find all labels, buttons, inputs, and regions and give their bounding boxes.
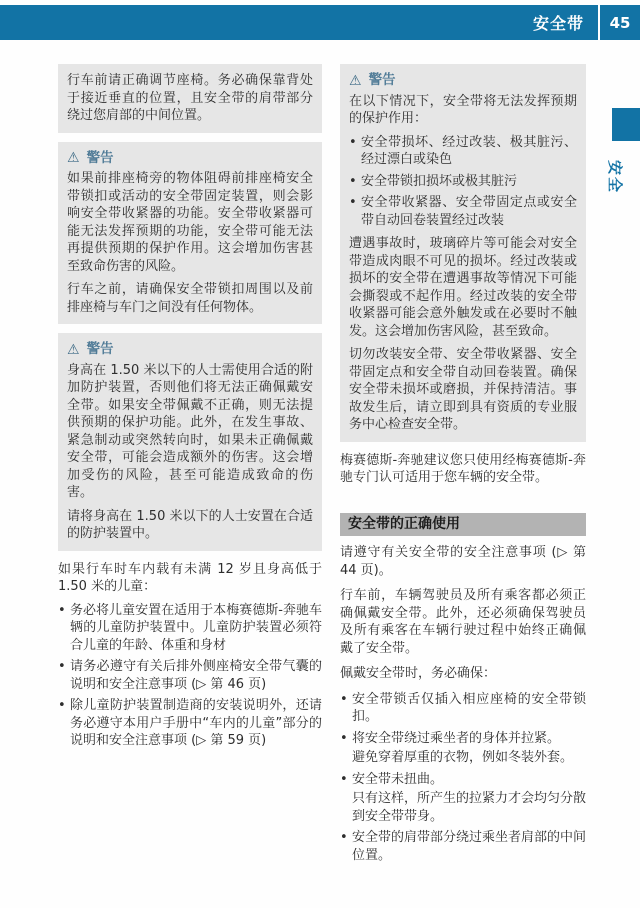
warning-box-2-header: ⚠ 警告 [67,341,313,359]
list-item: 安全带未扭曲。 只有这样，所产生的拉紧力才会均匀分散到安全带带身。 [340,771,586,826]
section-paragraph: 行车前，车辆驾驶员及所有乘客都必须正确佩戴安全带。此外，还必须确保驾驶员及所有乘… [340,587,586,657]
warning-box-1: ⚠ 警告 如果前排座椅旁的物体阻碍前排座椅安全带锁扣或活动的安全带固定装置，则会… [58,142,322,325]
manual-page: 安全带 45 安全 行车前请正确调节座椅。务必确保靠背处于接近垂直的位置，且安全… [0,0,640,908]
section-paragraph: 请遵守有关安全带的安全注意事项 (▷ 第 44 页)。 [340,544,586,579]
section-paragraph: 佩戴安全带时，务必确保： [340,665,586,683]
list-item: 安全带锁舌仅插入相应座椅的安全带锁扣。 [340,691,586,726]
note-continuation-box: 行车前请正确调节座椅。务必确保靠背处于接近垂直的位置，且安全带的肩带部分绕过您肩… [58,64,322,133]
section-body: 请遵守有关安全带的安全注意事项 (▷ 第 44 页)。 行车前，车辆驾驶员及所有… [340,544,586,864]
list-item: 安全带的肩带部分绕过乘坐者肩部的中间位置。 [340,829,586,864]
chapter-tab-marker [612,108,640,141]
recommendation-paragraph: 梅赛德斯-奔驰建议您只使用经梅赛德斯-奔驰专门认可适用于您车辆的安全带。 [340,452,586,487]
warning-title: 警告 [369,72,396,90]
left-column: 行车前请正确调节座椅。务必确保靠背处于接近垂直的位置，且安全带的肩带部分绕过您肩… [58,64,322,754]
warning-box-2: ⚠ 警告 身高在 1.50 米以下的人士需使用合适的附加防护装置，否则他们将无法… [58,333,322,551]
warning-paragraph: 请将身高在 1.50 米以下的人士安置在合适的防护装置中。 [67,508,313,543]
list-item-subtext: 只有这样，所产生的拉紧力才会均匀分散到安全带带身。 [352,790,586,825]
usage-bullet-list: 安全带锁舌仅插入相应座椅的安全带锁扣。 将安全带绕过乘坐者的身体并拉紧。 避免穿… [340,691,586,865]
page-header: 安全带 45 [0,5,640,40]
chapter-tab-label: 安全 [610,160,626,192]
list-item: 安全带锁扣损坏或极其脏污 [349,173,577,191]
children-bullet-list: 务必将儿童安置在适用于本梅赛德斯-奔驰车辆的儿童防护装置中。儿童防护装置必须符合… [58,602,322,750]
section-heading: 安全带的正确使用 [340,513,586,537]
right-column: ⚠ 警告 在以下情况下，安全带将无法发挥预期的保护作用： 安全带损坏、经过改装、… [340,64,586,868]
list-item: 将安全带绕过乘坐者的身体并拉紧。 避免穿着厚重的衣物，例如冬装外套。 [340,730,586,767]
children-intro-paragraph: 如果行车时车内载有未满 12 岁且身高低于 1.50 米的儿童： [58,561,322,596]
warning-paragraph: 在以下情况下，安全带将无法发挥预期的保护作用： [349,93,577,128]
list-item-text: 请务必遵守有关后排外侧座椅安全带气囊的说明和安全注意事项 (▷ 第 46 页) [70,659,322,692]
warning-icon: ⚠ [67,151,80,165]
list-item: 请务必遵守有关后排外侧座椅安全带气囊的说明和安全注意事项 (▷ 第 46 页) [58,658,322,693]
list-item-subtext: 避免穿着厚重的衣物，例如冬装外套。 [352,749,586,767]
list-item-text: 将安全带绕过乘坐者的身体并拉紧。 [352,730,586,748]
warning-title: 警告 [87,341,114,359]
list-item-text: 安全带的肩带部分绕过乘坐者肩部的中间位置。 [352,829,586,864]
warning-box-3: ⚠ 警告 在以下情况下，安全带将无法发挥预期的保护作用： 安全带损坏、经过改装、… [340,64,586,442]
list-item: 务必将儿童安置在适用于本梅赛德斯-奔驰车辆的儿童防护装置中。儿童防护装置必须符合… [58,602,322,655]
list-item-text: 安全带锁扣损坏或极其脏污 [361,174,517,189]
warning-bullet-list: 安全带损坏、经过改装、极其脏污、经过漂白或染色 安全带锁扣损坏或极其脏污 安全带… [349,134,577,230]
list-item-text: 安全带损坏、经过改装、极其脏污、经过漂白或染色 [361,135,577,168]
warning-paragraph: 行车之前，请确保安全带锁扣周围以及前排座椅与车门之间没有任何物体。 [67,281,313,316]
list-item: 安全带收紧器、安全带固定点或安全带自动回卷装置经过改装 [349,194,577,229]
list-item: 除儿童防护装置制造商的安装说明外，还请务必遵守本用户手册中“车内的儿童”部分的说… [58,697,322,750]
list-item-text: 安全带锁舌仅插入相应座椅的安全带锁扣。 [352,691,586,726]
warning-title: 警告 [87,150,114,168]
warning-paragraph: 遭遇事故时，玻璃碎片等可能会对安全带造成肉眼不可见的损坏。经过改装或损坏的安全带… [349,235,577,340]
note-text: 行车前请正确调节座椅。务必确保靠背处于接近垂直的位置，且安全带的肩带部分绕过您肩… [67,72,313,125]
warning-box-3-header: ⚠ 警告 [349,72,577,90]
list-item-text: 除儿童防护装置制造商的安装说明外，还请务必遵守本用户手册中“车内的儿童”部分的说… [70,698,322,748]
list-item: 安全带损坏、经过改装、极其脏污、经过漂白或染色 [349,134,577,169]
warning-icon: ⚠ [67,343,80,357]
warning-paragraph: 身高在 1.50 米以下的人士需使用合适的附加防护装置，否则他们将无法正确佩戴安… [67,362,313,502]
list-item-text: 安全带未扭曲。 [352,771,586,789]
page-number: 45 [600,14,640,32]
chapter-title: 安全带 [533,11,584,34]
warning-icon: ⚠ [349,74,362,88]
list-item-text: 务必将儿童安置在适用于本梅赛德斯-奔驰车辆的儿童防护装置中。儿童防护装置必须符合… [70,603,322,653]
warning-box-1-header: ⚠ 警告 [67,150,313,168]
warning-paragraph: 如果前排座椅旁的物体阻碍前排座椅安全带锁扣或活动的安全带固定装置，则会影响安全带… [67,170,313,275]
warning-paragraph: 切勿改装安全带、安全带收紧器、安全带固定点和安全带自动回卷装置。确保安全带未损坏… [349,346,577,434]
list-item-text: 安全带收紧器、安全带固定点或安全带自动回卷装置经过改装 [361,195,577,228]
